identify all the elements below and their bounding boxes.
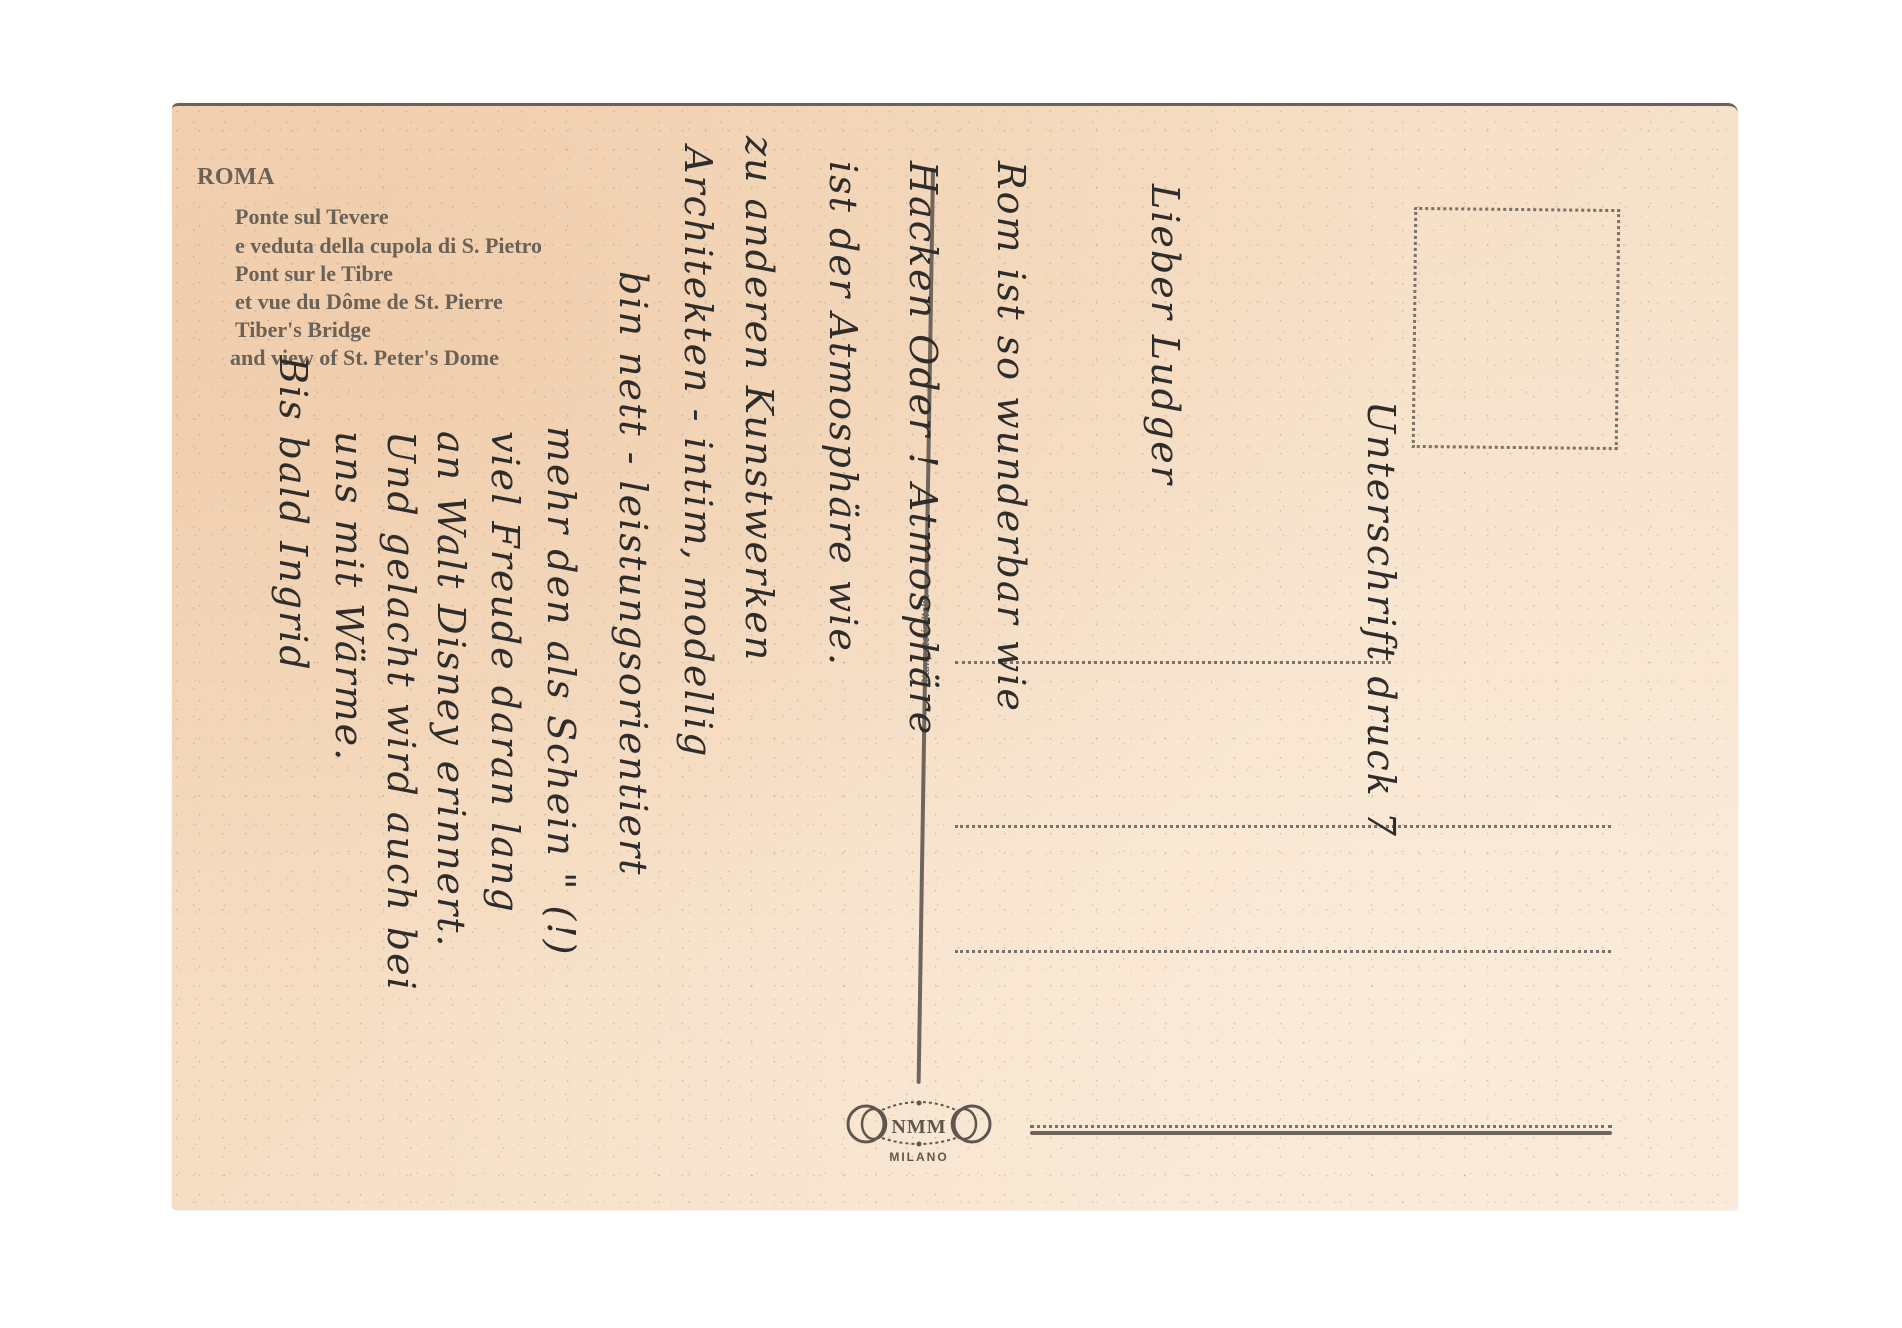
handwritten-line-5: zu anderen Kunstwerken [740,136,778,662]
publisher-logo: NMM MILANO [844,1096,994,1176]
handwritten-line-2: Rom ist so wunderbar wie [992,161,1030,713]
handwritten-line-11: Und gelacht wird auch bei [382,431,420,992]
caption-line-fr-1: Pont sur le Tibre [235,261,393,287]
handwritten-line-7: bin nett - leistungsorientiert [614,271,652,876]
publisher-mark: NMM [844,1116,994,1139]
handwritten-line-3: Hacken Oder ! Atmosphäre [904,161,942,736]
handwritten-line-8: mehr den als Schein " (!) [542,426,580,956]
address-line-4-dotted [1030,1125,1612,1128]
handwritten-line-1: Lieber Ludger [1146,184,1184,486]
postcard-back: ROMA Ponte sul Tevere e veduta della cup… [172,103,1738,1210]
publisher-city: MILANO [844,1150,994,1164]
handwritten-line-12: uns mit Wärme. [330,431,368,762]
handwritten-line-9: viel Freude daran lang [486,431,524,914]
caption-line-en-1: Tiber's Bridge [235,317,371,343]
caption-title: ROMA [197,164,275,191]
address-line-2 [955,825,1611,828]
handwritten-line-10: an Walt Disney erinnert. [432,431,470,949]
address-line-3 [955,950,1611,953]
caption-line-it-1: Ponte sul Tevere [235,204,389,230]
handwritten-line-4: ist der Atmosphäre wie. [824,161,862,667]
handwritten-line-6: Architekten - intim, modellig [679,146,717,758]
caption-line-it-2: e veduta della cupola di S. Pietro [235,233,542,259]
caption-line-fr-2: et vue du Dôme de St. Pierre [235,289,503,315]
handwritten-address: Unterschrift druck 7 [1362,401,1400,838]
stamp-box [1412,207,1621,450]
handwritten-signoff: Bis bald Ingrid [274,356,312,672]
address-line-4-solid [1030,1131,1612,1135]
